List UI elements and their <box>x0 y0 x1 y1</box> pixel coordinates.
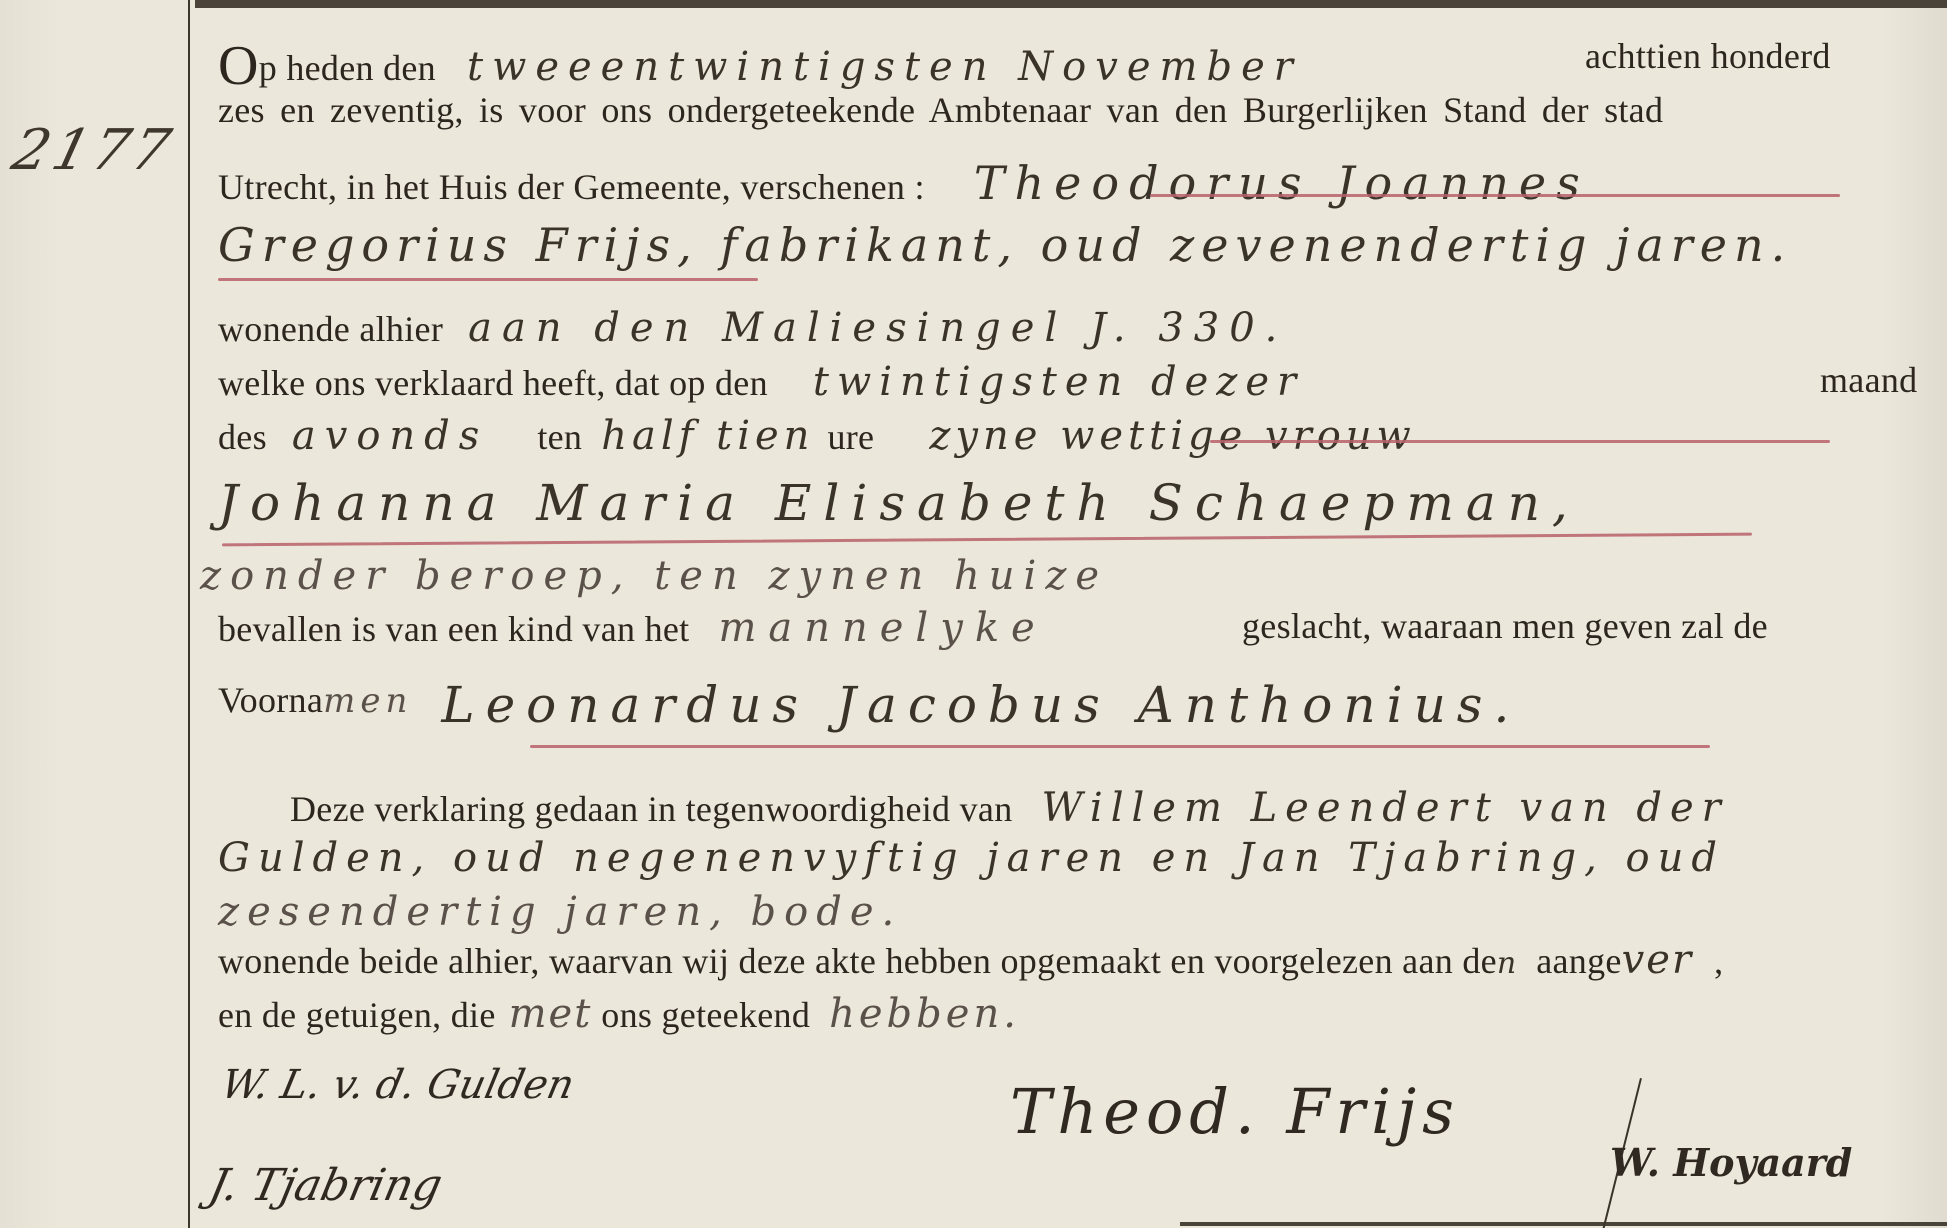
red-underline <box>218 278 758 281</box>
handwritten-hour: half tien <box>601 413 814 459</box>
red-underline <box>530 745 1710 748</box>
drop-cap: O <box>218 35 259 97</box>
handwritten-date: tweeentwintigsten November <box>467 44 1302 90</box>
signature-declarant: Theod. Frijs <box>1010 1075 1460 1148</box>
printed-text: ten <box>537 417 582 457</box>
signature-registrar: W. Hoyaard <box>1610 1140 1852 1185</box>
record-line-14: zesendertig jaren, bode. <box>218 892 902 932</box>
handwritten-father-details: Gregorius Frijs, fabrikant, oud zevenend… <box>218 218 1792 272</box>
printed-text: ure <box>827 417 874 457</box>
printed-text: Utrecht, in het Huis der Gemeente, versc… <box>218 167 925 207</box>
printed-text: wonende alhier <box>218 309 443 349</box>
printed-text: wonende beide alhier, waarvan wij deze a… <box>218 941 1497 981</box>
handwritten-address: aan den Maliesingel J. 330. <box>468 305 1287 351</box>
printed-text: bevallen is van een kind van het <box>218 609 689 649</box>
record-line-12: Deze verklaring gedaan in tegenwoordighe… <box>290 788 1729 828</box>
record-line-16: en de getuigen, die met ons geteekend he… <box>218 994 1020 1034</box>
record-line-8: Johanna Maria Elisabeth Schaepman, <box>218 478 1580 528</box>
handwritten-witness-2-details: zesendertig jaren, bode. <box>218 889 902 935</box>
top-border-rule <box>195 0 1947 8</box>
handwritten-wife-phrase: zyne wettige vrouw <box>929 413 1415 459</box>
printed-text: maand <box>1820 362 1917 398</box>
printed-text: , <box>1714 941 1723 981</box>
red-underline <box>1210 440 1830 443</box>
margin-rule <box>188 0 190 1228</box>
printed-text: welke ons verklaard heeft, dat op den <box>218 363 768 403</box>
register-page: 2177 Op heden den tweeentwintigsten Nove… <box>0 0 1947 1228</box>
handwritten-child-name: Leonardus Jacobus Anthonius. <box>441 676 1520 734</box>
record-line-1: Op heden den tweeentwintigsten November <box>218 38 1302 94</box>
handwritten-witness-details: Gulden, oud negenenvyftig jaren en Jan T… <box>218 835 1725 881</box>
record-line-6: welke ons verklaard heeft, dat op den tw… <box>218 362 1304 402</box>
printed-text: aange <box>1536 941 1621 981</box>
handwritten-mother-name: Johanna Maria Elisabeth Schaepman, <box>218 474 1580 532</box>
handwritten-time-of-day: avonds <box>292 413 488 459</box>
record-line-11: Voornamen Leonardus Jacobus Anthonius. <box>218 670 1520 720</box>
printed-text: geslacht, waaraan men geven zal de <box>1242 608 1768 644</box>
record-line-2: zes en zeventig, is voor ons ondergeteek… <box>218 92 1663 128</box>
signature-witness-2: J. Tjabring <box>205 1160 447 1211</box>
handwritten-father-name: Theodorus Joannes <box>974 156 1590 210</box>
red-underline <box>1150 194 1840 197</box>
handwritten-suffix: n <box>1497 946 1517 981</box>
record-line-10: bevallen is van een kind van het mannely… <box>218 608 1047 648</box>
handwritten-mother-details: zonder beroep, ten zynen huize <box>200 553 1108 599</box>
printed-text: achttien honderd <box>1585 38 1831 74</box>
handwritten-word: hebben. <box>829 991 1020 1037</box>
printed-text: ons geteekend <box>601 995 810 1035</box>
red-underline <box>222 533 1752 547</box>
signature-witness-1: W. L. v. d. Gulden <box>217 1062 578 1108</box>
record-line-4: Gregorius Frijs, fabrikant, oud zevenend… <box>218 222 1792 268</box>
handwritten-birth-day: twintigsten dezer <box>813 359 1304 405</box>
record-line-13: Gulden, oud negenenvyftig jaren en Jan T… <box>218 838 1725 878</box>
bottom-border-rule <box>1180 1222 1947 1226</box>
handwritten-word: met <box>509 991 593 1037</box>
handwritten-suffix: ver <box>1622 937 1693 983</box>
record-line-3: Utrecht, in het Huis der Gemeente, versc… <box>218 160 1590 206</box>
handwritten-sex: mannelyke <box>718 605 1046 651</box>
record-line-9: zonder beroep, ten zynen huize <box>200 556 1108 596</box>
printed-text: Voorna <box>218 680 323 720</box>
printed-text: en de getuigen, die <box>218 995 496 1035</box>
record-line-7: des avonds ten half tien ure zyne wettig… <box>218 416 1416 456</box>
record-line-5: wonende alhier aan den Maliesingel J. 33… <box>218 308 1287 348</box>
printed-text: Deze verklaring gedaan in tegenwoordighe… <box>290 789 1013 829</box>
printed-text: p heden den <box>259 48 436 88</box>
handwritten-suffix: men <box>323 681 412 721</box>
record-line-15: wonende beide alhier, waarvan wij deze a… <box>218 940 1723 980</box>
handwritten-witness-1: Willem Leendert van der <box>1042 785 1729 831</box>
entry-number: 2177 <box>6 118 181 183</box>
printed-text: des <box>218 417 267 457</box>
